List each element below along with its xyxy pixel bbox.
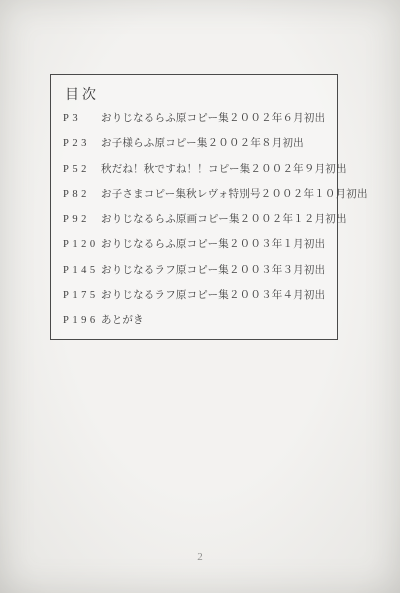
toc-entry-page-number: P196 [63, 315, 101, 327]
toc-entry-title: おりじなるラフ原コピー集２００３年３月初出 [101, 265, 325, 277]
toc-entry-page-number: P175 [63, 290, 101, 302]
toc-box: 目次 P3 おりじなるらふ原コピー集２００２年６月初出 P23 お子様らふ原コピ… [50, 74, 338, 340]
toc-entry-title: あとがき [101, 315, 144, 327]
toc-entry-page-number: P52 [63, 164, 101, 176]
toc-entry-page-number: P82 [63, 189, 101, 201]
toc-entry-row: P3 おりじなるらふ原コピー集２００２年６月初出 [63, 113, 335, 138]
page: 目次 P3 おりじなるらふ原コピー集２００２年６月初出 P23 お子様らふ原コピ… [0, 0, 400, 593]
page-number: 2 [0, 551, 400, 563]
toc-entry-title: おりじなるらふ原コピー集２００３年１月初出 [101, 239, 325, 251]
toc-entry-page-number: P92 [63, 214, 101, 226]
toc-entry-page-number: P3 [63, 113, 101, 125]
toc-entry-row: P82 お子さまコピー集秋レヴォ特別号２００２年１０月初出 [63, 189, 335, 214]
toc-entry-title: おりじなるらふ原画コピー集２００２年１２月初出 [101, 214, 347, 226]
toc-entry-title: おりじなるらふ原コピー集２００２年６月初出 [101, 113, 325, 125]
toc-entries: P3 おりじなるらふ原コピー集２００２年６月初出 P23 お子様らふ原コピー集２… [63, 113, 335, 341]
toc-entry-page-number: P145 [63, 265, 101, 277]
toc-entry-row: P52 秋だね！秋ですね！！コピー集２００２年９月初出 [63, 164, 335, 189]
toc-entry-page-number: P23 [63, 138, 101, 150]
toc-entry-title: お子さまコピー集秋レヴォ特別号２００２年１０月初出 [101, 189, 368, 201]
toc-entry-title: おりじなるラフ原コピー集２００３年４月初出 [101, 290, 325, 302]
toc-entry-row: P23 お子様らふ原コピー集２００２年８月初出 [63, 138, 335, 163]
toc-entry-title: 秋だね！秋ですね！！コピー集２００２年９月初出 [101, 164, 347, 176]
toc-heading: 目次 [65, 84, 99, 104]
toc-entry-row: P196 あとがき [63, 315, 335, 340]
toc-entry-page-number: P120 [63, 239, 101, 251]
toc-entry-row: P145 おりじなるラフ原コピー集２００３年３月初出 [63, 265, 335, 290]
toc-entry-row: P120 おりじなるらふ原コピー集２００３年１月初出 [63, 239, 335, 264]
toc-entry-row: P175 おりじなるラフ原コピー集２００３年４月初出 [63, 290, 335, 315]
toc-entry-title: お子様らふ原コピー集２００２年８月初出 [101, 138, 304, 150]
toc-entry-row: P92 おりじなるらふ原画コピー集２００２年１２月初出 [63, 214, 335, 239]
